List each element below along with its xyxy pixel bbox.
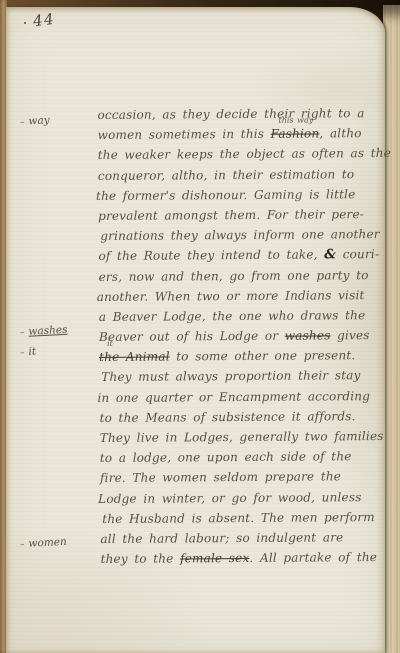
- text-line: the Animalit to some other one present.: [99, 345, 385, 367]
- text-line: a Beaver Lodge, the one who draws the: [99, 305, 385, 327]
- manuscript-page: 44 –way–washes–it–women occasion, as the…: [0, 0, 400, 653]
- text-line: They live in Lodges, generally two famil…: [100, 426, 386, 448]
- text-line: ers, now and then, go from one party to: [99, 265, 385, 287]
- margin-note-text: it: [28, 346, 36, 358]
- insertion-mark: –: [20, 328, 25, 338]
- margin-note: –it: [20, 347, 37, 359]
- text-line: occasion, as they decide their right to …: [97, 103, 383, 125]
- margin-note-text: washes: [28, 324, 68, 338]
- struck-word: washes: [285, 328, 331, 342]
- margin-note: –washes: [20, 325, 68, 338]
- margin-note: –women: [20, 537, 67, 550]
- correction-group: Fashionthis way: [271, 124, 320, 145]
- struck-word: female sex: [180, 551, 249, 565]
- insertion-mark: –: [20, 348, 25, 358]
- text-line: all the hard labour; so indulgent are: [100, 527, 386, 549]
- text-line: prevalent amongst them. For their pere-: [98, 204, 384, 226]
- struck-word: Fashion: [271, 127, 320, 141]
- insertion-mark: –: [20, 540, 25, 550]
- text-line: another. When two or more Indians visit: [97, 285, 385, 307]
- interlinear-insertion: it: [107, 340, 113, 348]
- text-line: they to the female sex. All partake of t…: [100, 547, 386, 569]
- text-line: the weaker keeps the object as often as …: [98, 143, 384, 165]
- text-line: in one quarter or Encampment according: [97, 386, 385, 408]
- text-line: Beaver out of his Lodge or washes gives: [99, 325, 385, 347]
- text-line: grinations they always inform one anothe…: [100, 224, 384, 246]
- text-line: Lodge in winter, or go for wood, unless: [98, 487, 386, 509]
- correction-group: the Animalit: [99, 347, 170, 368]
- text-line: to a lodge, one upon each side of the: [100, 446, 386, 468]
- margin-note: –way: [20, 115, 50, 128]
- text-line: to the Means of subsistence it affords.: [99, 406, 385, 428]
- insertion-mark: –: [20, 118, 25, 128]
- handwritten-text: occasion, as they decide their right to …: [97, 103, 386, 569]
- margin-note-text: way: [28, 114, 50, 127]
- text-line: They must always proportion their stay: [101, 365, 385, 387]
- text-line: the former's dishonour. Gaming is little: [96, 184, 384, 206]
- emphasized-word: &: [324, 248, 336, 263]
- text-line: conqueror, altho, in their estimation to: [98, 164, 384, 186]
- text-line: women sometimes in this Fashionthis way,…: [98, 123, 384, 145]
- text-line: of the Route they intend to take, & cour…: [98, 244, 384, 266]
- margin-note-text: women: [28, 536, 67, 550]
- text-line: fire. The women seldom prepare the: [100, 466, 386, 488]
- text-line: the Husband is absent. The men perform: [102, 507, 386, 529]
- struck-word: the Animal: [99, 350, 170, 364]
- interlinear-insertion: this way: [279, 117, 314, 125]
